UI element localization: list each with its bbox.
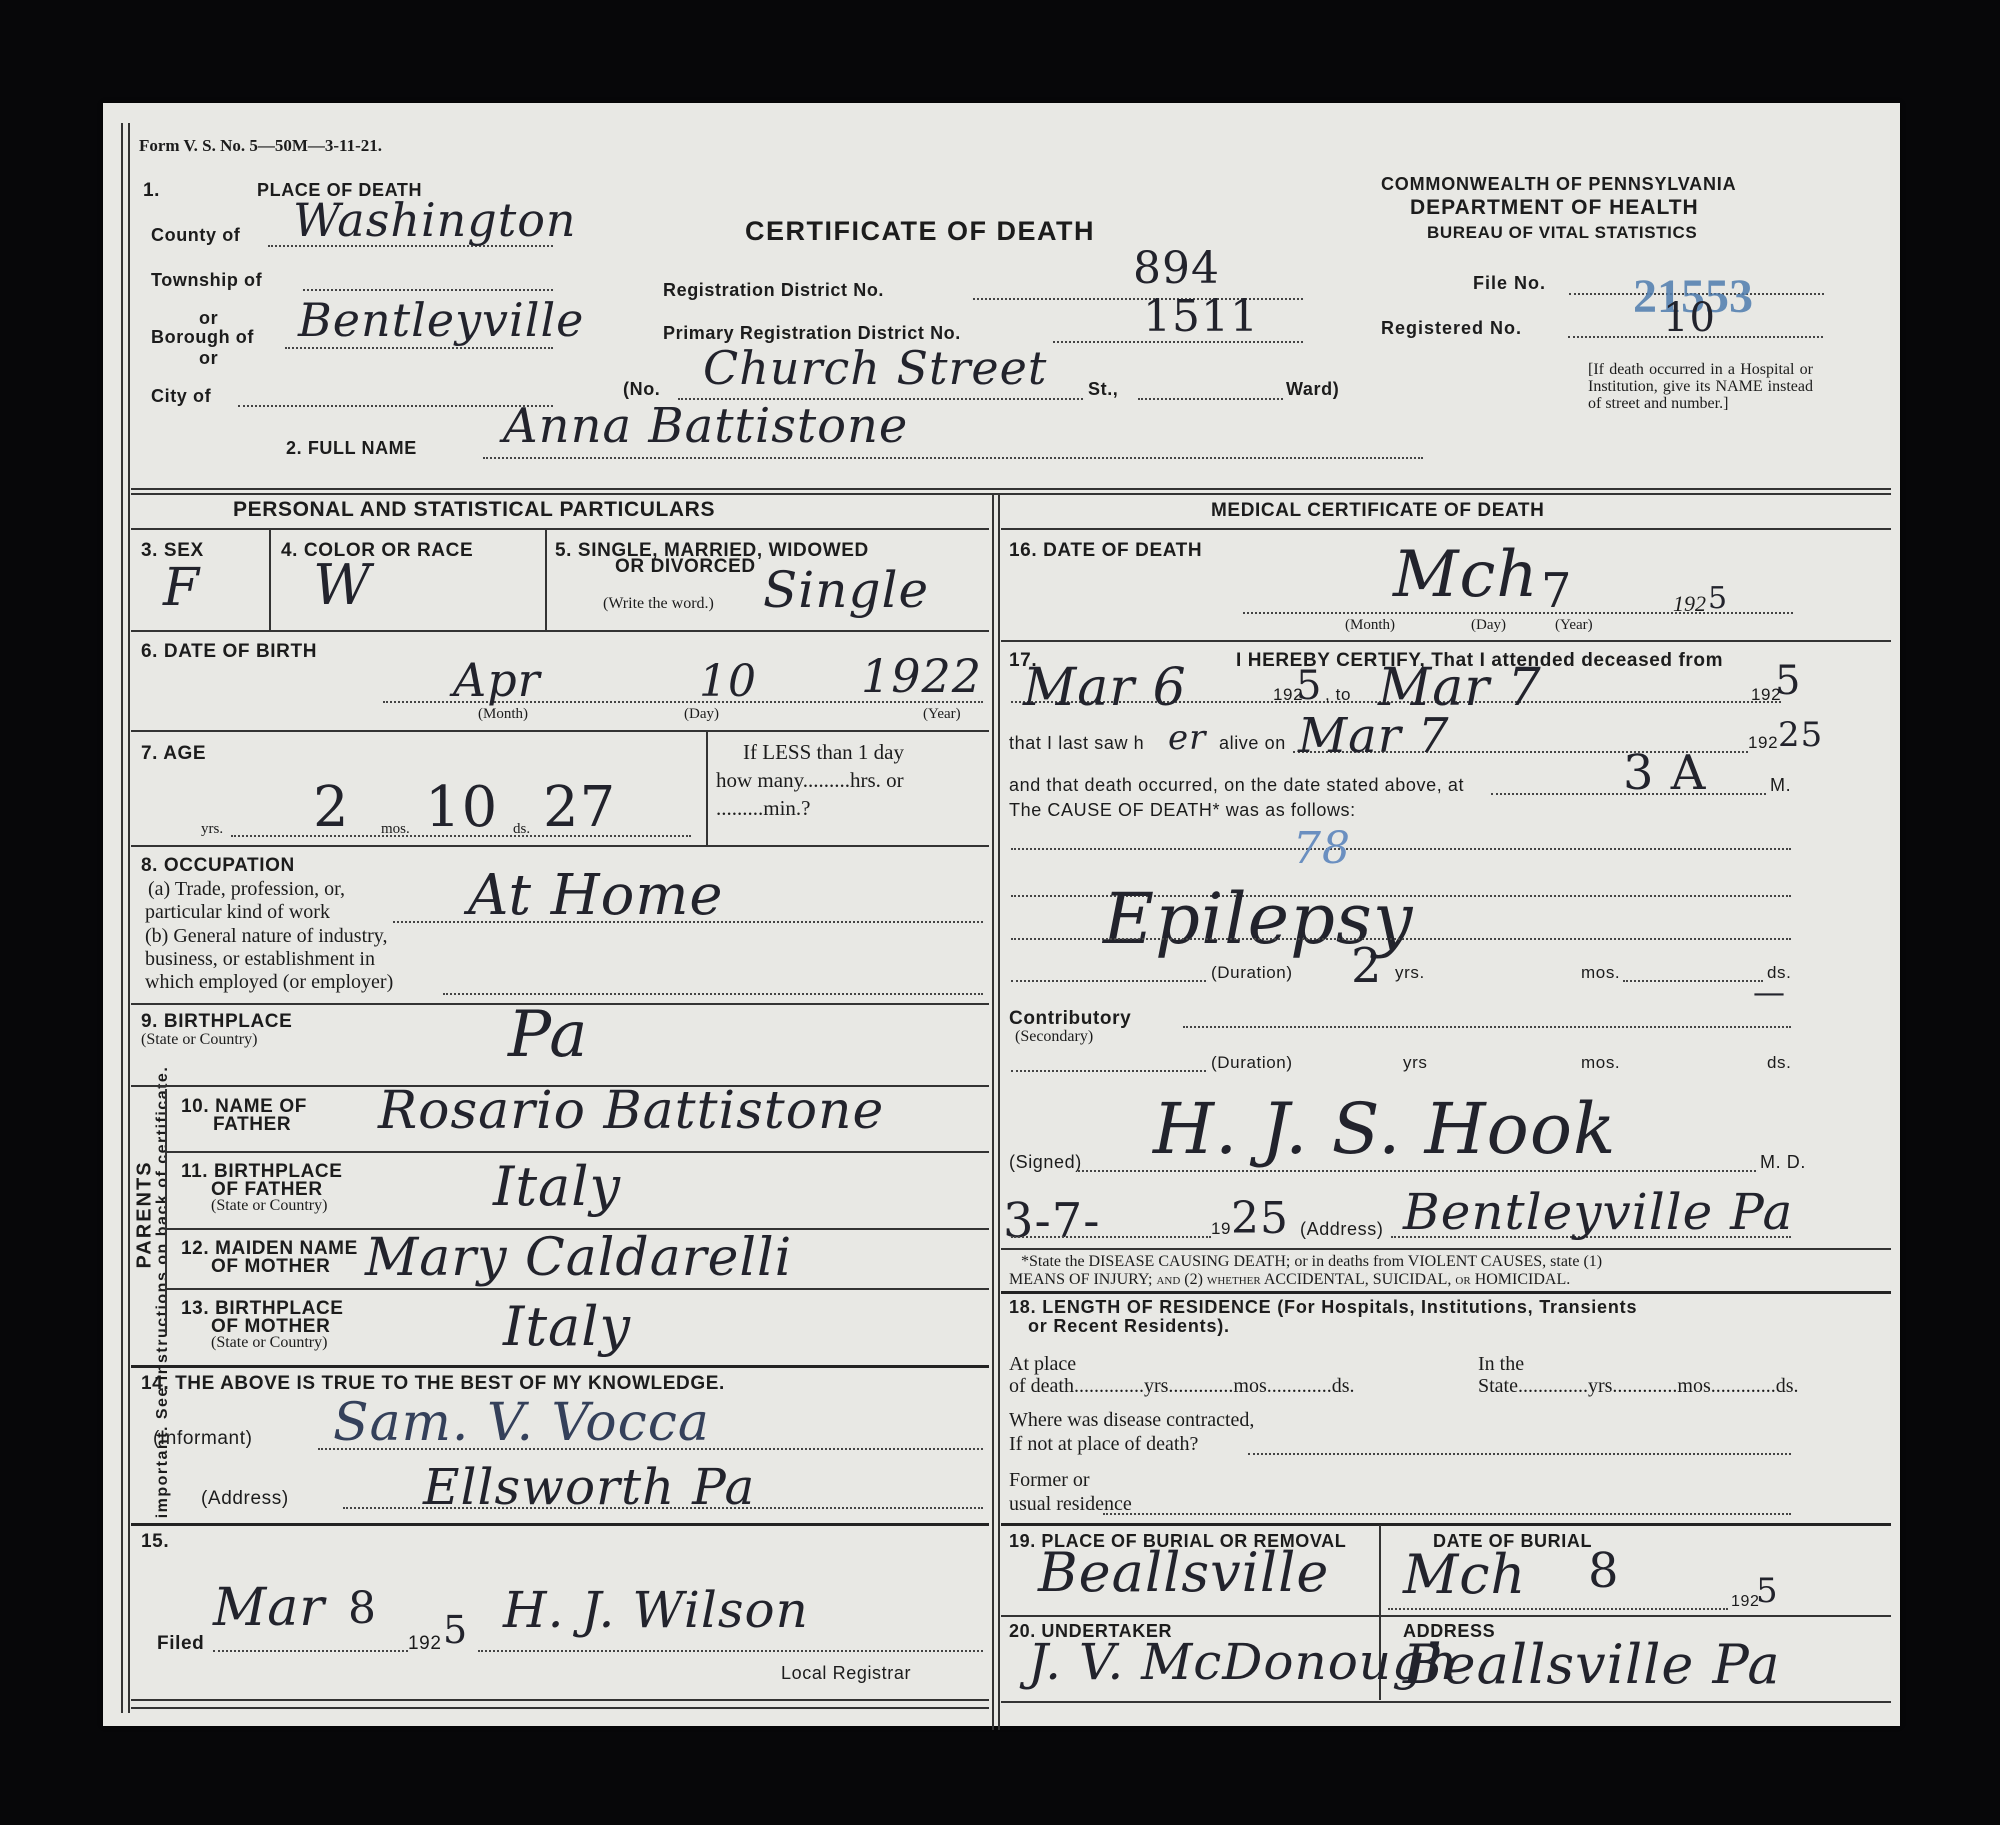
dod-month-caption: (Month) bbox=[1345, 617, 1395, 634]
full-name-value: Anna Battistone bbox=[503, 398, 908, 454]
footnote-1: *State the DISEASE CAUSING DEATH; or in … bbox=[1021, 1253, 1602, 1271]
duration-label: (Duration) bbox=[1211, 963, 1293, 983]
duration2-label: (Duration) bbox=[1211, 1053, 1293, 1073]
occupation-label: 8. OCCUPATION bbox=[141, 855, 295, 877]
in-state-1: In the bbox=[1478, 1353, 1524, 1376]
father-name-value: Rosario Battistone bbox=[378, 1081, 884, 1141]
death-time-suffix: M. bbox=[1770, 775, 1791, 796]
footnote-2: MEANS OF INJURY; and (2) whether ACCIDEN… bbox=[1009, 1271, 1570, 1289]
residence-heading-2: or Recent Residents). bbox=[1028, 1316, 1230, 1337]
full-name-label: 2. FULL NAME bbox=[286, 438, 417, 459]
less-than-day-1: If LESS than 1 day bbox=[743, 740, 904, 765]
signed-label: (Signed) bbox=[1009, 1152, 1082, 1173]
occupation-a2: particular kind of work bbox=[145, 901, 330, 924]
parents-side-label: PARENTS bbox=[134, 1160, 157, 1268]
father-birthplace-hint: (State or Country) bbox=[211, 1197, 327, 1215]
street-suffix: St., bbox=[1088, 379, 1118, 400]
mother-birthplace-hint: (State or Country) bbox=[211, 1334, 327, 1352]
undertaker-address-value: Beallsville Pa bbox=[1403, 1633, 1781, 1696]
birthplace-hint: (State or Country) bbox=[141, 1031, 257, 1049]
agency-line-3: BUREAU OF VITAL STATISTICS bbox=[1427, 223, 1697, 243]
dob-year: 1922 bbox=[861, 649, 982, 703]
dod-label: 16. DATE OF DEATH bbox=[1009, 540, 1202, 562]
primary-reg-value: 1511 bbox=[1143, 291, 1259, 342]
burial-year-suffix: 5 bbox=[1756, 1571, 1779, 1611]
physician-signature: H. J. S. Hook bbox=[1153, 1088, 1616, 1170]
reg-district-value: 894 bbox=[1133, 243, 1220, 294]
signed-suffix: M. D. bbox=[1760, 1152, 1806, 1173]
dod-day-caption: (Day) bbox=[1471, 617, 1506, 634]
registered-no-label: Registered No. bbox=[1381, 318, 1522, 339]
occupation-b3: which employed (or employer) bbox=[145, 971, 393, 994]
residence-heading-1: 18. LENGTH OF RESIDENCE (For Hospitals, … bbox=[1009, 1297, 1637, 1318]
age-mos-label: mos. bbox=[381, 821, 410, 838]
last-saw-year-suffix: 25 bbox=[1778, 715, 1823, 755]
attended-from: Mar 6 bbox=[1023, 658, 1187, 718]
marital-value: Single bbox=[763, 561, 929, 619]
race-label: 4. COLOR OR RACE bbox=[281, 540, 473, 562]
birthplace-value: Pa bbox=[508, 998, 588, 1072]
to-label: , to bbox=[1325, 685, 1351, 705]
duration2-yrs-label: yrs bbox=[1403, 1053, 1427, 1073]
agency-line-2: DEPARTMENT OF HEALTH bbox=[1410, 196, 1699, 220]
age-ds-label: ds. bbox=[513, 821, 530, 838]
duration-yrs-label: yrs. bbox=[1395, 963, 1425, 983]
signed-year-prefix: 19 bbox=[1211, 1219, 1231, 1239]
hospital-note: [If death occurred in a Hospital or Inst… bbox=[1588, 361, 1813, 412]
burial-place-value: Beallsville bbox=[1038, 1541, 1329, 1604]
occupation-value: At Home bbox=[468, 863, 724, 928]
informant-address-value: Ellsworth Pa bbox=[423, 1458, 755, 1516]
contributory-value: — bbox=[1753, 973, 1786, 1011]
margin-rule bbox=[121, 123, 123, 1713]
borough-value: Bentleyville bbox=[298, 293, 584, 347]
signed-year-suffix: 25 bbox=[1231, 1193, 1289, 1244]
last-saw-year-prefix: 192 bbox=[1748, 733, 1778, 753]
at-place-2: of death..............yrs.............mo… bbox=[1009, 1375, 1355, 1398]
in-state-2: State..............yrs.............mos..… bbox=[1478, 1375, 1799, 1398]
age-months: 10 bbox=[425, 775, 498, 840]
column-divider bbox=[992, 495, 994, 1730]
filed-day: 8 bbox=[348, 1583, 377, 1634]
day-caption: (Day) bbox=[684, 706, 719, 723]
contracted-1: Where was disease contracted, bbox=[1009, 1409, 1254, 1432]
sex-value: F bbox=[163, 558, 200, 618]
birthplace-label: 9. BIRTHPLACE bbox=[141, 1011, 292, 1033]
death-time-text: and that death occurred, on the date sta… bbox=[1009, 775, 1464, 796]
filed-month: Mar bbox=[213, 1578, 325, 1638]
cause-intro: The CAUSE OF DEATH* was as follows: bbox=[1009, 800, 1356, 821]
dob-month: Apr bbox=[453, 653, 541, 707]
street-value: Church Street bbox=[703, 341, 1047, 395]
informant-label: (Informant) bbox=[153, 1428, 253, 1450]
reg-district-label: Registration District No. bbox=[663, 280, 884, 301]
duration-years: 2 bbox=[1351, 938, 1383, 994]
dod-year-prefix: 192 bbox=[1673, 591, 1706, 617]
marital-hint: (Write the word.) bbox=[603, 595, 714, 613]
dod-year-suffix: 5 bbox=[1708, 581, 1728, 616]
last-saw-prefix: that I last saw h bbox=[1009, 733, 1144, 754]
marital-label-2: OR DIVORCED bbox=[615, 556, 756, 578]
county-label: County of bbox=[151, 225, 240, 246]
registrar-signature: H. J. Wilson bbox=[503, 1581, 809, 1639]
registrar-caption: Local Registrar bbox=[781, 1663, 911, 1684]
section-1-number: 1. bbox=[143, 180, 160, 202]
ward-suffix: Ward) bbox=[1286, 379, 1339, 400]
duration-mos-label: mos. bbox=[1581, 963, 1620, 983]
certificate-title: CERTIFICATE OF DEATH bbox=[745, 216, 1095, 247]
attended-from-year-suffix: 5 bbox=[1296, 663, 1322, 709]
city-label: City of bbox=[151, 386, 211, 407]
filed-year-prefix: 192 bbox=[408, 1633, 442, 1655]
margin-rule bbox=[128, 123, 130, 1713]
contributory-label: Contributory bbox=[1009, 1008, 1131, 1030]
physician-address-label: (Address) bbox=[1300, 1219, 1383, 1240]
mother-name-label-2: OF MOTHER bbox=[211, 1256, 330, 1278]
township-label: Township of bbox=[151, 270, 262, 291]
street-prefix: (No. bbox=[623, 379, 660, 400]
county-value: Washington bbox=[293, 193, 577, 247]
father-name-label-2: FATHER bbox=[213, 1114, 291, 1136]
signed-date: 3-7- bbox=[1003, 1193, 1101, 1249]
duration2-mos-label: mos. bbox=[1581, 1053, 1620, 1073]
medical-heading: MEDICAL CERTIFICATE OF DEATH bbox=[1211, 500, 1544, 522]
less-than-day-2: how many.........hrs. or bbox=[716, 768, 904, 793]
duration2-ds-label: ds. bbox=[1767, 1053, 1791, 1073]
filed-label: Filed bbox=[157, 1633, 204, 1655]
informant-statement: 14. THE ABOVE IS TRUE TO THE BEST OF MY … bbox=[141, 1373, 725, 1395]
age-years: 2 bbox=[313, 775, 350, 840]
occupation-b2: business, or establishment in bbox=[145, 948, 375, 971]
cause-code: 78 bbox=[1293, 823, 1351, 874]
less-than-day-3: .........min.? bbox=[716, 796, 811, 821]
race-value: W bbox=[313, 553, 372, 618]
at-place-1: At place bbox=[1009, 1353, 1076, 1376]
personal-heading: PERSONAL AND STATISTICAL PARTICULARS bbox=[233, 498, 715, 522]
occupation-a1: (a) Trade, profession, or, bbox=[148, 878, 345, 901]
alive-on-label: alive on bbox=[1219, 733, 1286, 754]
last-saw-pronoun: er bbox=[1168, 718, 1206, 758]
year-caption: (Year) bbox=[923, 706, 961, 723]
or-label: or bbox=[199, 348, 218, 369]
burial-day: 8 bbox=[1588, 1543, 1620, 1599]
mother-birthplace-value: Italy bbox=[503, 1295, 631, 1358]
informant-address-label: (Address) bbox=[201, 1488, 289, 1510]
or-label: or bbox=[199, 308, 218, 329]
month-caption: (Month) bbox=[478, 706, 528, 723]
death-time-value: 3 A bbox=[1623, 745, 1706, 801]
father-birthplace-value: Italy bbox=[493, 1155, 621, 1218]
contracted-2: If not at place of death? bbox=[1009, 1433, 1198, 1456]
occupation-b1: (b) General nature of industry, bbox=[145, 925, 388, 948]
age-yrs-label: yrs. bbox=[201, 821, 223, 838]
column-divider bbox=[998, 495, 1000, 1730]
death-certificate: important. See instructions on back of c… bbox=[103, 103, 1900, 1726]
filed-year-suffix: 5 bbox=[443, 1608, 468, 1652]
dob-day: 10 bbox=[699, 656, 757, 707]
agency-line-1: COMMONWEALTH OF PENNSYLVANIA bbox=[1381, 174, 1736, 195]
borough-label: Borough of bbox=[151, 327, 254, 348]
age-days: 27 bbox=[543, 775, 616, 840]
burial-month: Mch bbox=[1403, 1543, 1526, 1606]
age-label: 7. AGE bbox=[141, 743, 206, 765]
dod-month: Mch bbox=[1393, 538, 1539, 612]
attended-to-year-suffix: 5 bbox=[1775, 658, 1801, 704]
informant-value: Sam. V. Vocca bbox=[333, 1393, 710, 1453]
dod-year-caption: (Year) bbox=[1555, 617, 1593, 634]
last-saw-date: Mar 7 bbox=[1298, 708, 1450, 764]
file-no-label: File No. bbox=[1473, 273, 1546, 294]
form-number: Form V. S. No. 5—50M—3-11-21. bbox=[139, 136, 382, 156]
registered-no-value: 10 bbox=[1663, 295, 1716, 341]
dob-label: 6. DATE OF BIRTH bbox=[141, 641, 317, 663]
contributory-hint: (Secondary) bbox=[1015, 1028, 1093, 1046]
dod-day: 7 bbox=[1541, 563, 1573, 619]
undertaker-value: J. V. McDonough bbox=[1028, 1633, 1458, 1691]
section-15-number: 15. bbox=[141, 1531, 169, 1553]
mother-name-value: Mary Caldarelli bbox=[365, 1228, 792, 1288]
physician-address-value: Bentleyville Pa bbox=[1403, 1183, 1793, 1241]
former-1: Former or bbox=[1009, 1469, 1090, 1492]
